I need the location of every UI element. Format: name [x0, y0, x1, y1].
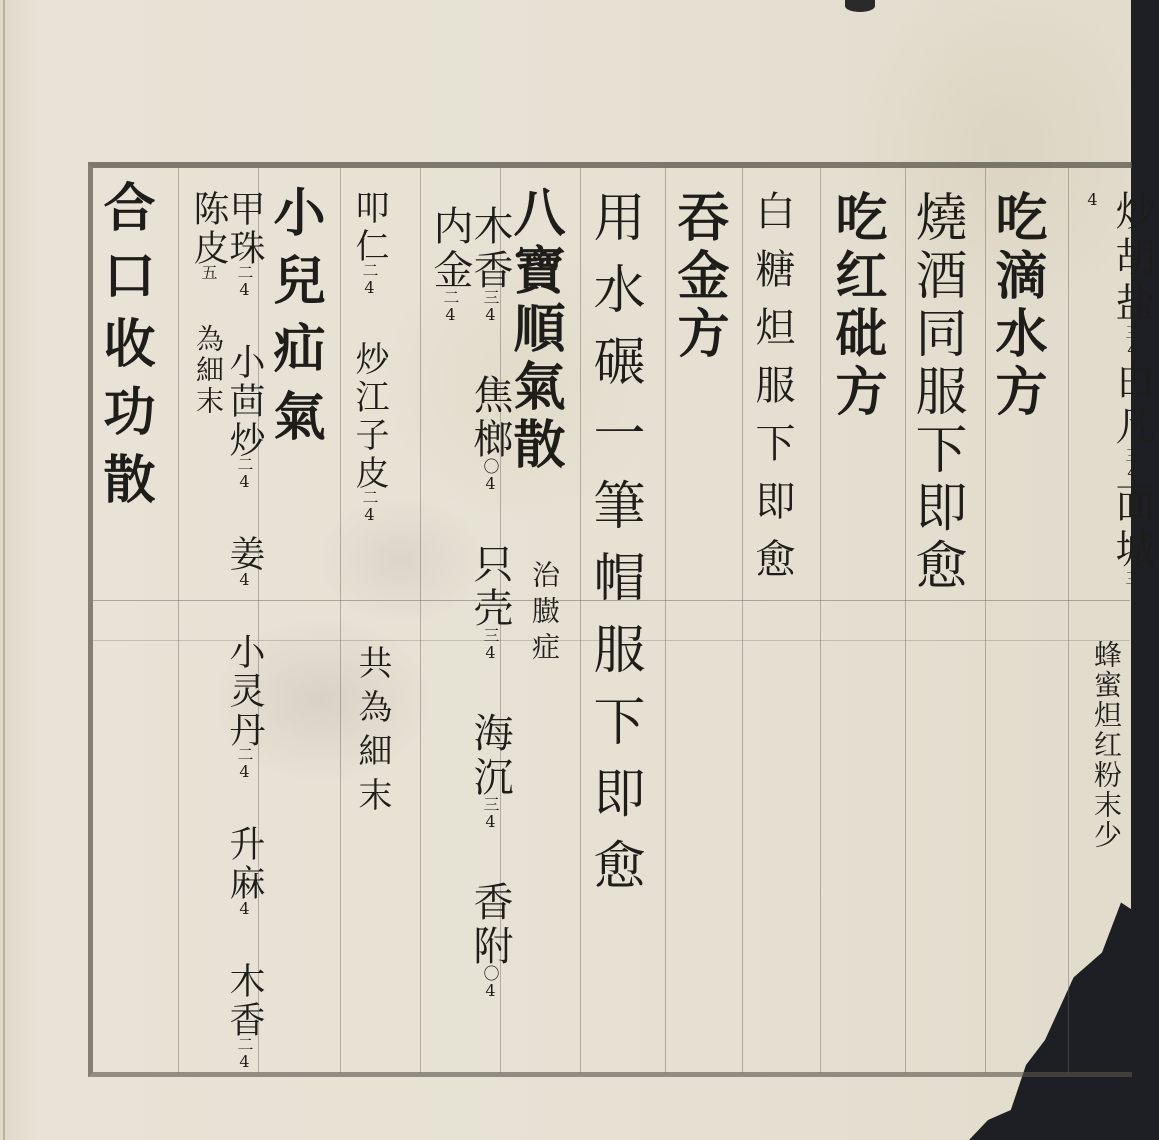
ingredient-name: 内金 — [427, 205, 473, 293]
recipe-instruction: 白糖炟服下即愈 — [752, 190, 792, 690]
ingredient-name: 炒江子皮 — [349, 341, 389, 493]
dose-annotation: 4 — [235, 899, 254, 918]
ingredient-name: 焦榔 — [467, 374, 513, 462]
ingredient-name: 小灵丹 — [224, 633, 265, 750]
dose-annotation: 二4 — [235, 264, 254, 299]
ingredient-name: 木香 — [467, 205, 513, 293]
column-12-ingredients: 甲珠二4 小茴炒二4 姜4 小灵丹二4 升麻4 木香二4 陈皮五 為細末 — [190, 190, 262, 1090]
dose-annotation: 二4 — [235, 746, 254, 781]
dose-annotation: 〇4 — [481, 965, 500, 1000]
ingredient-name: 姜 — [224, 535, 265, 574]
dose-annotation: 〇4 — [481, 458, 500, 493]
column-1-lower-note: 蜂蜜炟红粉末少 — [1092, 640, 1120, 900]
dose-annotation: 三4 — [1123, 447, 1142, 482]
column-rule — [1068, 168, 1069, 1073]
column-1-ingredients: 炒胡盐三4白凡三4面城三4 — [1072, 190, 1152, 590]
dose-annotation: 二4 — [441, 289, 460, 324]
ingredient-name: 小茴炒 — [224, 343, 265, 460]
column-rule — [580, 168, 581, 1073]
ingredient-text: 炒胡盐 — [1109, 190, 1155, 328]
ingredient-text: 面城 — [1109, 482, 1155, 574]
column-9-ingredients: 木香三4 焦榔〇4 只壳三4 海沉三4 香附〇4 内金二4 — [430, 205, 510, 1025]
binding-fold-line — [3, 0, 5, 1140]
recipe-title-hekou-shougong: 合口收功散 — [98, 180, 150, 560]
column-rule — [742, 168, 743, 1073]
preparation-instruction: 共為細末 — [355, 645, 389, 895]
dose-annotation: 二4 — [360, 489, 379, 524]
ingredient-name: 香附 — [467, 881, 513, 969]
column-rule — [665, 168, 666, 1073]
ingredient-name: 叩仁 — [349, 190, 389, 266]
ingredient-name: 木香 — [224, 962, 265, 1040]
recipe-instruction: 用水碾一筆帽服下即愈 — [588, 190, 640, 970]
column-10-ingredients: 叩仁二4 炒江子皮二4 — [352, 190, 386, 530]
ingredient-text: 白凡 — [1109, 359, 1155, 451]
ingredient-name: 海沉 — [467, 712, 513, 800]
column-rule — [420, 168, 421, 1073]
ingredient-name: 甲珠 — [224, 190, 265, 268]
dose-annotation: 五 — [199, 264, 218, 280]
dose-annotation: 三4 — [481, 627, 500, 662]
dose-annotation: 三4 — [481, 796, 500, 831]
column-rule — [178, 168, 179, 1073]
recipe-title-swallowed-gold: 吞金方 — [672, 190, 724, 430]
ingredient-name: 陈皮 — [188, 190, 229, 268]
ingredient-name: 只壳 — [467, 543, 513, 631]
dose-annotation: 二4 — [235, 456, 254, 491]
recipe-title-water-drip: 吃滴水方 — [990, 190, 1042, 510]
dose-annotation: 三4 — [1123, 324, 1142, 359]
recipe-title-child-hernia: 小兒疝氣 — [268, 185, 320, 545]
preparation-instruction: 為細末 — [192, 324, 225, 417]
recipe-indication: 治臌症 — [530, 560, 558, 760]
recipe-title-red-arsenic: 吃红砒方 — [830, 190, 882, 510]
dose-annotation: 二4 — [360, 262, 379, 297]
dose-annotation: 二4 — [235, 1036, 254, 1071]
dose-annotation: 4 — [235, 570, 254, 589]
recipe-title-babao-shunqi: 八寶順氣散 — [508, 185, 560, 585]
ingredient-name: 升麻 — [224, 825, 265, 903]
ink-blot — [845, 0, 875, 12]
dose-annotation: 三4 — [481, 289, 500, 324]
recipe-instruction: 燒酒同服下即愈 — [910, 190, 962, 770]
column-rule — [340, 168, 341, 1073]
column-rule — [820, 168, 821, 1073]
